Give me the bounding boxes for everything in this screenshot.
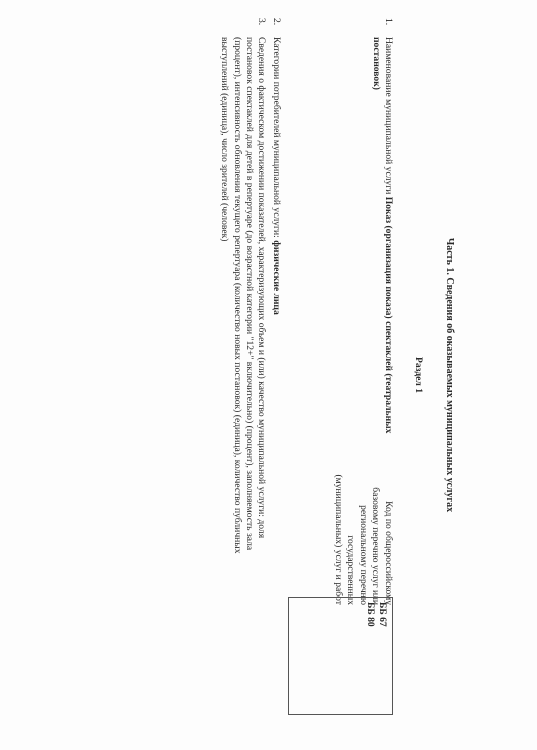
code-value: ББ 67: [377, 602, 388, 627]
document-page: Часть 1. Сведения об оказываемых муницип…: [0, 0, 537, 750]
section-title: Раздел 1: [413, 0, 424, 750]
item-label: Наименование муниципальной услуги: [383, 37, 394, 194]
item-consumer-category: 2. Категории потребителей муниципальной …: [271, 18, 282, 618]
consumer-category-value: физические лица: [271, 240, 282, 315]
code-value: ББ 80: [365, 602, 376, 627]
code-box: ББ 67 ББ 80: [288, 597, 393, 715]
item-service-name: 1. Наименование муниципальной услуги Пок…: [370, 18, 394, 448]
part-title: Часть 1. Сведения об оказываемых муницип…: [444, 0, 455, 750]
item-number: 1.: [382, 18, 394, 25]
indicators-text: Сведения о фактическом достижении показа…: [218, 37, 267, 578]
item-number: 2.: [271, 18, 282, 25]
item-label: Категории потребителей муниципальной усл…: [271, 37, 282, 238]
item-number: 3.: [255, 18, 267, 25]
code-label: Код по общероссийскому базовому перечню …: [332, 470, 395, 605]
item-indicators: 3. Сведения о фактическом достижении пок…: [218, 18, 267, 578]
